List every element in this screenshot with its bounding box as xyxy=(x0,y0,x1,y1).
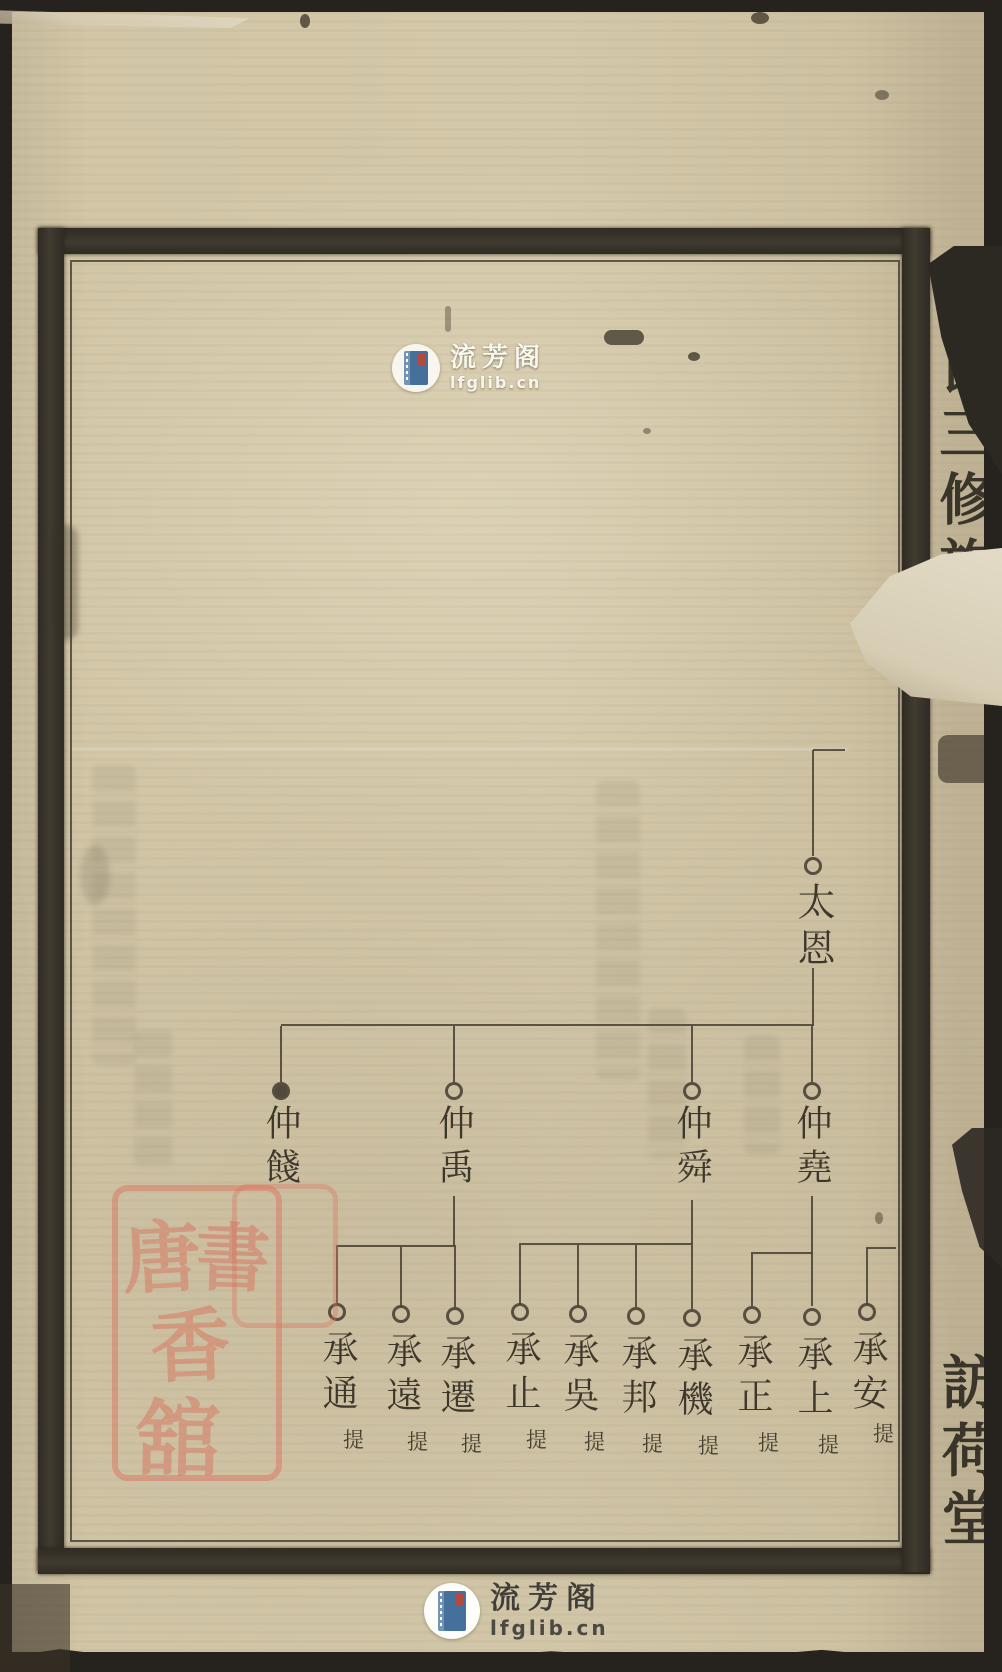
tree-note: 提 xyxy=(873,1418,894,1448)
tree-node-circle xyxy=(803,1308,821,1326)
tree-node-circle-filled xyxy=(272,1082,290,1100)
frame-top-band xyxy=(38,228,930,254)
tree-line xyxy=(812,968,814,1025)
stain xyxy=(875,90,889,100)
tree-line xyxy=(577,1245,579,1307)
tree-line xyxy=(453,1026,455,1082)
watermark-site-url: lfglib.cn xyxy=(450,374,546,392)
tree-note: 提 xyxy=(407,1426,428,1456)
tree-name-gen2: 仲禹 xyxy=(435,1104,471,1192)
watermark-bottom: 流芳阁 lfglib.cn xyxy=(424,1582,609,1640)
tree-line xyxy=(751,1254,753,1306)
stain xyxy=(300,14,310,28)
book-icon xyxy=(438,1591,466,1631)
stain xyxy=(688,352,700,361)
tree-name-gen3: 承機 xyxy=(674,1336,710,1424)
watermark-logo-circle xyxy=(392,344,440,392)
tree-note: 提 xyxy=(698,1430,719,1460)
tree-name-gen3: 承止 xyxy=(502,1330,538,1418)
tree-branch-line xyxy=(281,1024,814,1026)
watermark-center: 流芳阁 lfglib.cn xyxy=(392,344,546,392)
tree-line xyxy=(813,749,845,751)
tree-name-gen3: 承遠 xyxy=(383,1332,419,1420)
tree-node-circle xyxy=(627,1307,645,1325)
tree-line xyxy=(812,750,814,856)
tree-node-circle xyxy=(743,1306,761,1324)
tree-line xyxy=(811,1026,813,1082)
tree-branch-line xyxy=(751,1252,813,1254)
tree-name-gen3: 承正 xyxy=(734,1333,770,1421)
stain xyxy=(875,1212,883,1224)
tree-name-gen2: 仲堯 xyxy=(793,1104,829,1192)
tree-node-circle xyxy=(392,1305,410,1323)
tree-name-gen3: 承通 xyxy=(319,1330,355,1418)
frame-left-band xyxy=(38,228,64,1572)
tree-line xyxy=(691,1245,693,1309)
watermark-site-name: 流芳阁 xyxy=(490,1582,609,1617)
tree-line xyxy=(811,1196,813,1306)
tree-node-circle xyxy=(445,1082,463,1100)
tree-line xyxy=(400,1247,402,1307)
tree-line xyxy=(519,1245,521,1305)
stain xyxy=(80,845,110,905)
tree-line xyxy=(635,1245,637,1307)
watermark-site-url: lfglib.cn xyxy=(490,1617,609,1640)
tree-node-circle xyxy=(683,1309,701,1327)
frame-bottom-band xyxy=(38,1548,930,1574)
tree-node-circle xyxy=(803,1082,821,1100)
tree-note: 提 xyxy=(343,1424,364,1454)
stain xyxy=(604,330,644,345)
tree-name-gen3: 承邦 xyxy=(618,1334,654,1422)
corner-shadow xyxy=(0,1584,70,1672)
tree-name-gen2: 仲餞 xyxy=(262,1104,298,1192)
tree-name-gen1: 太恩 xyxy=(794,882,832,974)
book-icon xyxy=(404,351,428,385)
tree-name-gen3: 承安 xyxy=(849,1330,885,1418)
tree-node-circle xyxy=(683,1082,701,1100)
stain xyxy=(751,12,769,24)
tree-note: 提 xyxy=(526,1424,547,1454)
tree-note: 提 xyxy=(642,1428,663,1458)
stain xyxy=(643,428,651,434)
tree-line xyxy=(454,1247,456,1307)
tree-line xyxy=(866,1247,868,1305)
tree-line xyxy=(280,1026,282,1082)
tree-name-gen3: 承吳 xyxy=(560,1332,596,1420)
tree-node-circle xyxy=(511,1303,529,1321)
tree-note: 提 xyxy=(461,1428,482,1458)
tree-note: 提 xyxy=(584,1426,605,1456)
seal-character: 舘 xyxy=(135,1371,221,1493)
tree-line xyxy=(691,1026,693,1082)
tree-node-circle xyxy=(858,1303,876,1321)
tree-branch-line xyxy=(519,1243,693,1245)
frame-right-band xyxy=(902,228,930,1572)
tree-line xyxy=(453,1196,455,1246)
scanned-genealogy-page: 彭氏三修族譜 訪荷堂 太恩 仲餞 仲禹 仲舜 仲堯 承通 xyxy=(0,0,1002,1672)
watermark-site-name: 流芳阁 xyxy=(450,344,546,374)
tree-node-circle xyxy=(446,1307,464,1325)
tree-branch-line xyxy=(336,1245,456,1247)
photo-edge-top xyxy=(0,0,1002,12)
tree-note: 提 xyxy=(818,1429,839,1459)
photo-edge-left xyxy=(0,0,12,1672)
tree-name-gen3: 承上 xyxy=(794,1335,830,1423)
tree-name-gen3: 承遷 xyxy=(437,1334,473,1422)
tree-node-circle xyxy=(569,1305,587,1323)
tree-name-gen2: 仲舜 xyxy=(673,1104,709,1192)
tree-line xyxy=(691,1200,693,1244)
watermark-logo-circle xyxy=(424,1583,480,1639)
tree-line xyxy=(867,1247,896,1249)
tree-node-circle xyxy=(804,857,822,875)
stain xyxy=(445,306,451,332)
stain xyxy=(52,525,78,640)
tree-note: 提 xyxy=(758,1427,779,1457)
